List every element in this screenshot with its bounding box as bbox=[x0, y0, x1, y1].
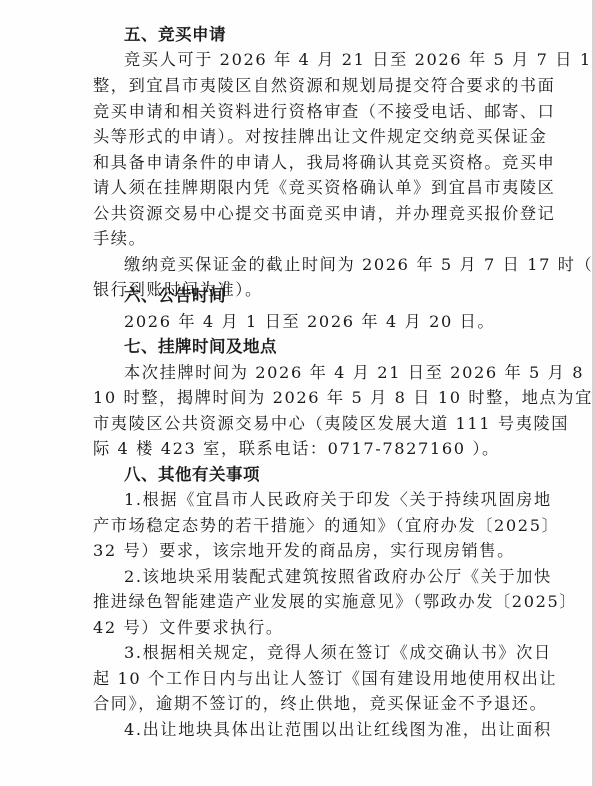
document-page: 五、竞买申请 竞买人可于 2026 年 4 月 21 日至 2026 年 5 月… bbox=[0, 0, 592, 786]
text-line: 2.该地块采用装配式建筑按照省政府办公厅《关于加快 bbox=[124, 564, 504, 590]
text-line: 竞买申请和相关资料进行资格审查（不接受电话、邮寄、口 bbox=[93, 99, 503, 125]
text-line: 缴纳竞买保证金的截止时间为 2026 年 5 月 7 日 17 时（以 bbox=[124, 252, 504, 278]
text-line: 4.出让地块具体出让范围以出让红线图为准，出让面积 bbox=[124, 717, 504, 743]
text-line: 推进绿色智能建造产业发展的实施意见》（鄂政办发〔2025〕 bbox=[93, 589, 503, 615]
text-line: 市夷陵区公共资源交易中心（夷陵区发展大道 111 号夷陵国 bbox=[93, 411, 503, 437]
section-heading-other-matters: 八、其他有关事项 bbox=[124, 462, 260, 488]
text-line: 竞买人可于 2026 年 4 月 21 日至 2026 年 5 月 7 日 17… bbox=[124, 47, 504, 73]
section-heading-listing-time-location: 七、挂牌时间及地点 bbox=[124, 334, 277, 360]
section-heading-bidding-application: 五、竞买申请 bbox=[124, 22, 226, 48]
text-line: 合同》，逾期不签订的，终止供地，竞买保证金不予退还。 bbox=[93, 691, 503, 717]
text-line: 整，到宜昌市夷陵区自然资源和规划局提交符合要求的书面 bbox=[93, 73, 503, 99]
text-line: 3.根据相关规定，竞得人须在签订《成交确认书》次日 bbox=[124, 640, 504, 666]
text-line: 2026 年 4 月 1 日至 2026 年 4 月 20 日。 bbox=[124, 309, 504, 335]
text-line: 本次挂牌时间为 2026 年 4 月 21 日至 2026 年 5 月 8 日 bbox=[124, 360, 504, 386]
text-line: 起 10 个工作日内与出让人签订《国有建设用地使用权出让 bbox=[93, 666, 503, 692]
section-heading-announcement-period: 六、公告时间 bbox=[124, 283, 226, 309]
text-line: 10 时整，揭牌时间为 2026 年 5 月 8 日 10 时整，地点为宜昌 bbox=[93, 385, 503, 411]
text-line: 产市场稳定态势的若干措施〉的通知》（宜府办发〔2025〕 bbox=[93, 513, 503, 539]
text-line: 头等形式的申请）。对按挂牌出让文件规定交纳竞买保证金 bbox=[93, 124, 503, 150]
text-line: 42 号）文件要求执行。 bbox=[93, 615, 503, 641]
text-line: 手续。 bbox=[93, 226, 503, 252]
text-line: 公共资源交易中心提交书面竞买申请，并办理竞买报价登记 bbox=[93, 201, 503, 227]
text-line: 际 4 楼 423 室，联系电话：0717-7827160 ）。 bbox=[93, 436, 503, 462]
text-line: 和具备申请条件的申请人，我局将确认其竞买资格。竞买申 bbox=[93, 150, 503, 176]
text-line: 1.根据《宜昌市人民政府关于印发〈关于持续巩固房地 bbox=[124, 487, 504, 513]
text-line: 32 号）要求，该宗地开发的商品房，实行现房销售。 bbox=[93, 538, 503, 564]
text-line: 请人须在挂牌期限内凭《竞买资格确认单》到宜昌市夷陵区 bbox=[93, 175, 503, 201]
